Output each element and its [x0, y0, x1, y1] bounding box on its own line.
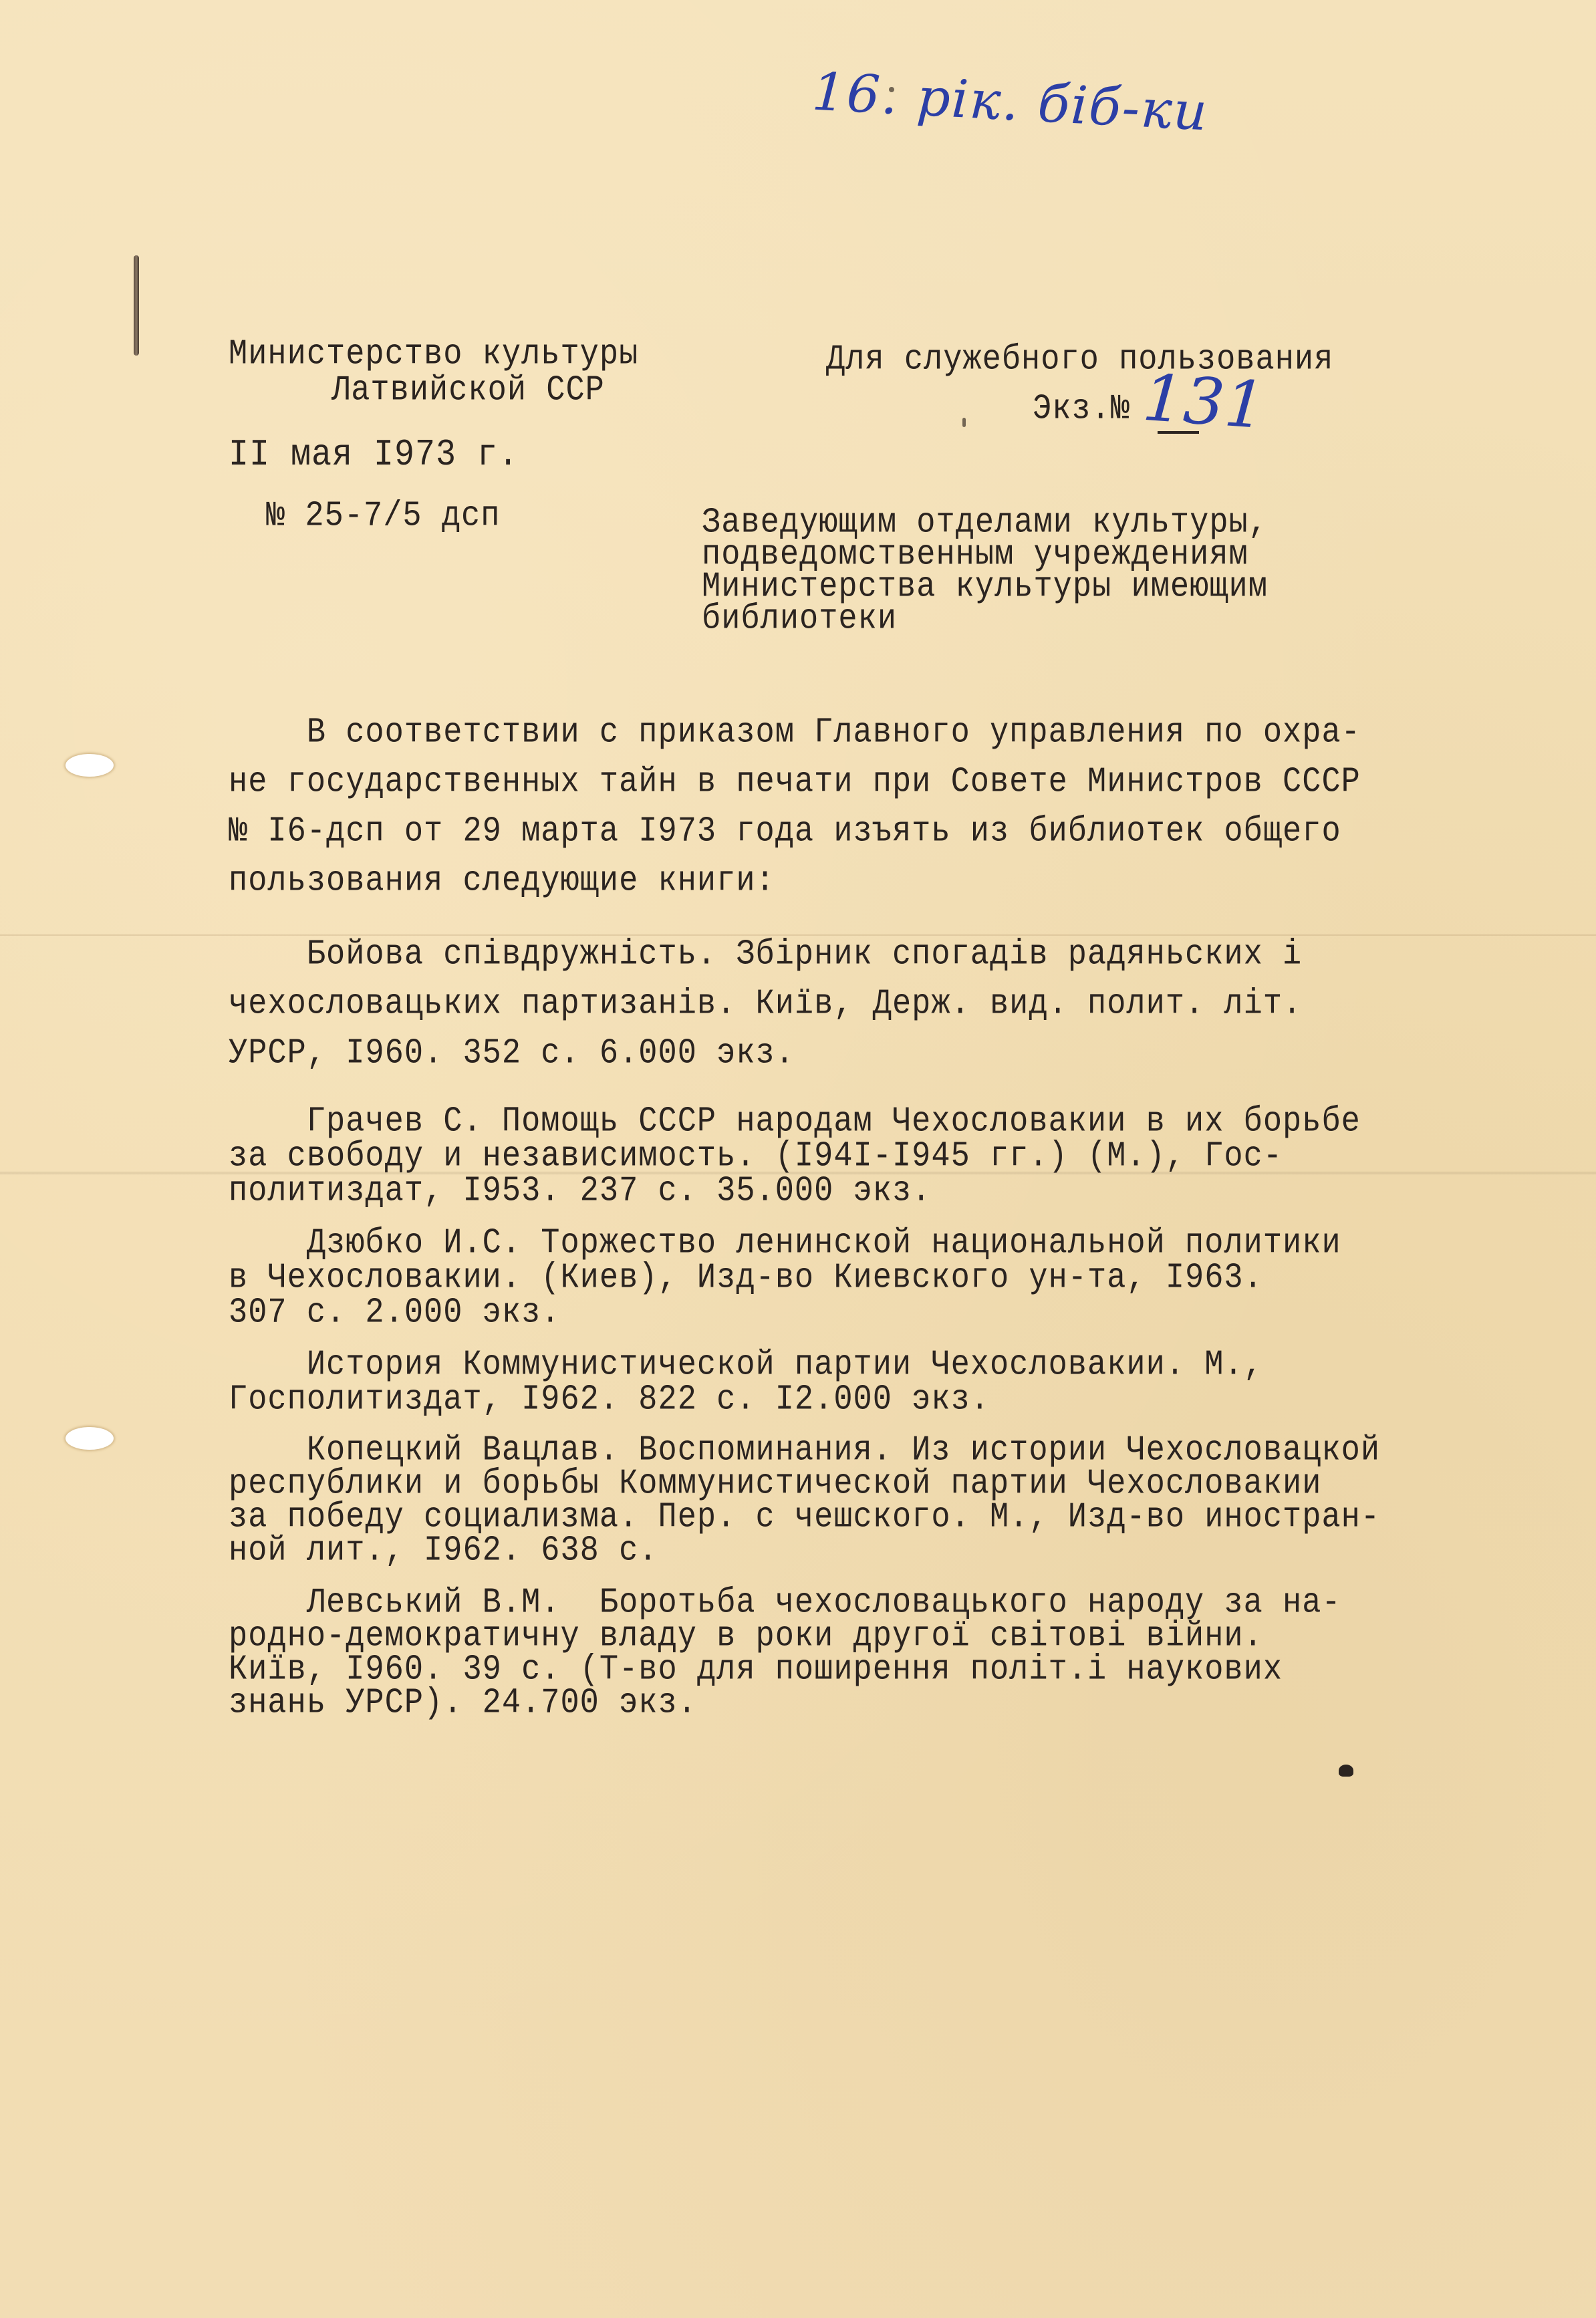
book-line: чехословацьких партизанів. Київ, Держ. в…	[229, 984, 1302, 1026]
book-line: политиздат, I953. 237 с. 35.000 экз.	[229, 1171, 931, 1213]
book-line: Госполитиздат, I962. 822 с. I2.000 экз.	[229, 1380, 990, 1422]
intro-line: В соответствии с приказом Главного управ…	[229, 713, 1361, 755]
sender-republic: Латвийской ССР	[331, 370, 605, 412]
book-line: Бойова співдружність. Збірник спогадів р…	[229, 934, 1302, 977]
punch-hole-bottom	[65, 1427, 114, 1450]
ink-mark	[1339, 1765, 1353, 1777]
book-line: 307 с. 2.000 экз.	[229, 1293, 560, 1335]
book-line: УРСР, I960. 352 с. 6.000 экз.	[229, 1033, 795, 1075]
addressee-line: библиотеки	[702, 599, 897, 641]
staple-icon	[134, 255, 139, 356]
punch-hole-top	[65, 754, 114, 777]
book-line: знань УРСР). 24.700 экз.	[229, 1683, 697, 1725]
intro-line: пользования следующие книги:	[229, 861, 775, 903]
ink-speck	[889, 87, 894, 92]
copy-number-label: Экз.№	[1033, 389, 1130, 431]
reference-number: № 25-7/5 дсп	[266, 496, 500, 538]
intro-line: не государственных тайн в печати при Сов…	[229, 762, 1361, 804]
copy-number-handwritten: 131	[1140, 360, 1268, 444]
document-date: II мая I973 г.	[229, 434, 519, 477]
book-line: ной лит., I962. 638 с.	[229, 1531, 658, 1573]
ink-speck	[962, 418, 966, 427]
intro-line: № I6-дсп от 29 марта I973 года изъять из…	[229, 811, 1341, 854]
